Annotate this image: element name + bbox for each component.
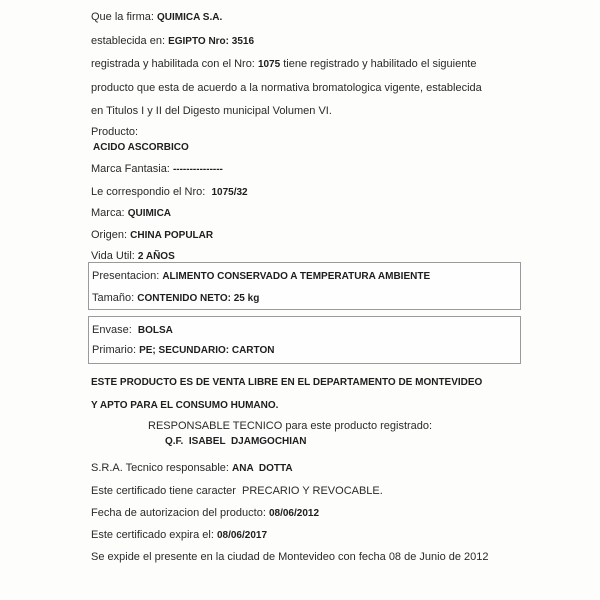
envase-line: Envase: BOLSA	[92, 323, 173, 338]
responsible-name: Q.F. ISABEL DJAMGOCHIAN	[165, 435, 307, 449]
normativa-line-1: producto que esta de acuerdo a la normat…	[91, 81, 482, 95]
expira-label: Este certificado expira el:	[91, 529, 214, 541]
registrada-value: 1075	[258, 59, 280, 70]
nro-value: 1075/32	[211, 187, 247, 198]
vida-util-value: 2 AÑOS	[138, 251, 175, 262]
primario-line: Primario: PE; SECUNDARIO: CARTON	[92, 343, 274, 358]
sra-label: S.R.A. Tecnico responsable:	[91, 462, 229, 474]
registrada-line: registrada y habilitada con el Nro: 1075…	[91, 57, 477, 72]
fecha-autorizacion-line: Fecha de autorizacion del producto: 08/0…	[91, 506, 319, 521]
establecida-line: establecida en: EGIPTO Nro: 3516	[91, 34, 254, 49]
marca-value: QUIMICA	[128, 208, 171, 219]
origen-label: Origen:	[91, 229, 127, 241]
establecida-value: EGIPTO Nro: 3516	[168, 36, 254, 47]
envase-value: BOLSA	[138, 325, 173, 336]
envase-label: Envase:	[92, 324, 132, 336]
presentacion-line: Presentacion: ALIMENTO CONSERVADO A TEMP…	[92, 269, 430, 284]
registrada-prefix: registrada y habilitada con el Nro:	[91, 58, 255, 70]
normativa-line-2: en Titulos I y II del Digesto municipal …	[91, 104, 332, 118]
firma-label: Que la firma:	[91, 11, 154, 23]
tamano-value: CONTENIDO NETO: 25 kg	[137, 293, 259, 304]
tamano-label: Tamaño:	[92, 292, 134, 304]
packaging-box: Envase: BOLSA Primario: PE; SECUNDARIO: …	[88, 316, 521, 364]
primario-label: Primario:	[92, 344, 136, 356]
nro-label: Le correspondio el Nro:	[91, 186, 205, 198]
nro-line: Le correspondio el Nro: 1075/32	[91, 185, 248, 200]
primario-value: PE; SECUNDARIO: CARTON	[139, 345, 274, 356]
marca-line: Marca: QUIMICA	[91, 206, 171, 221]
establecida-label: establecida en:	[91, 35, 165, 47]
expira-value: 08/06/2017	[217, 530, 267, 541]
origen-line: Origen: CHINA POPULAR	[91, 228, 213, 243]
firma-line: Que la firma: QUIMICA S.A.	[91, 10, 222, 25]
fecha-autorizacion-value: 08/06/2012	[269, 508, 319, 519]
marca-label: Marca:	[91, 207, 125, 219]
origen-value: CHINA POPULAR	[130, 230, 213, 241]
vida-util-label: Vida Util:	[91, 250, 135, 262]
registrada-suffix: tiene registrado y habilitado el siguien…	[283, 58, 476, 70]
firma-value: QUIMICA S.A.	[157, 12, 222, 23]
expide-line: Se expide el presente en la ciudad de Mo…	[91, 550, 489, 564]
fecha-autorizacion-label: Fecha de autorizacion del producto:	[91, 507, 266, 519]
producto-label: Producto:	[91, 125, 138, 139]
expira-line: Este certificado expira el: 08/06/2017	[91, 528, 267, 543]
sra-line: S.R.A. Tecnico responsable: ANA DOTTA	[91, 461, 293, 476]
marca-fantasia-line: Marca Fantasia: ---------------	[91, 162, 223, 177]
responsible-title: RESPONSABLE TECNICO para este producto r…	[148, 419, 432, 433]
notice-line-1: ESTE PRODUCTO ES DE VENTA LIBRE EN EL DE…	[91, 376, 482, 390]
marca-fantasia-label: Marca Fantasia:	[91, 163, 170, 175]
caracter-line: Este certificado tiene caracter PRECARIO…	[91, 484, 383, 498]
producto-value: ACIDO ASCORBICO	[93, 141, 189, 155]
tamano-line: Tamaño: CONTENIDO NETO: 25 kg	[92, 291, 259, 306]
notice-line-2: Y APTO PARA EL CONSUMO HUMANO.	[91, 399, 278, 413]
marca-fantasia-value: ---------------	[173, 164, 223, 175]
presentation-box: Presentacion: ALIMENTO CONSERVADO A TEMP…	[88, 262, 521, 310]
sra-value: ANA DOTTA	[232, 463, 293, 474]
presentacion-label: Presentacion:	[92, 270, 159, 282]
presentacion-value: ALIMENTO CONSERVADO A TEMPERATURA AMBIEN…	[162, 271, 430, 282]
